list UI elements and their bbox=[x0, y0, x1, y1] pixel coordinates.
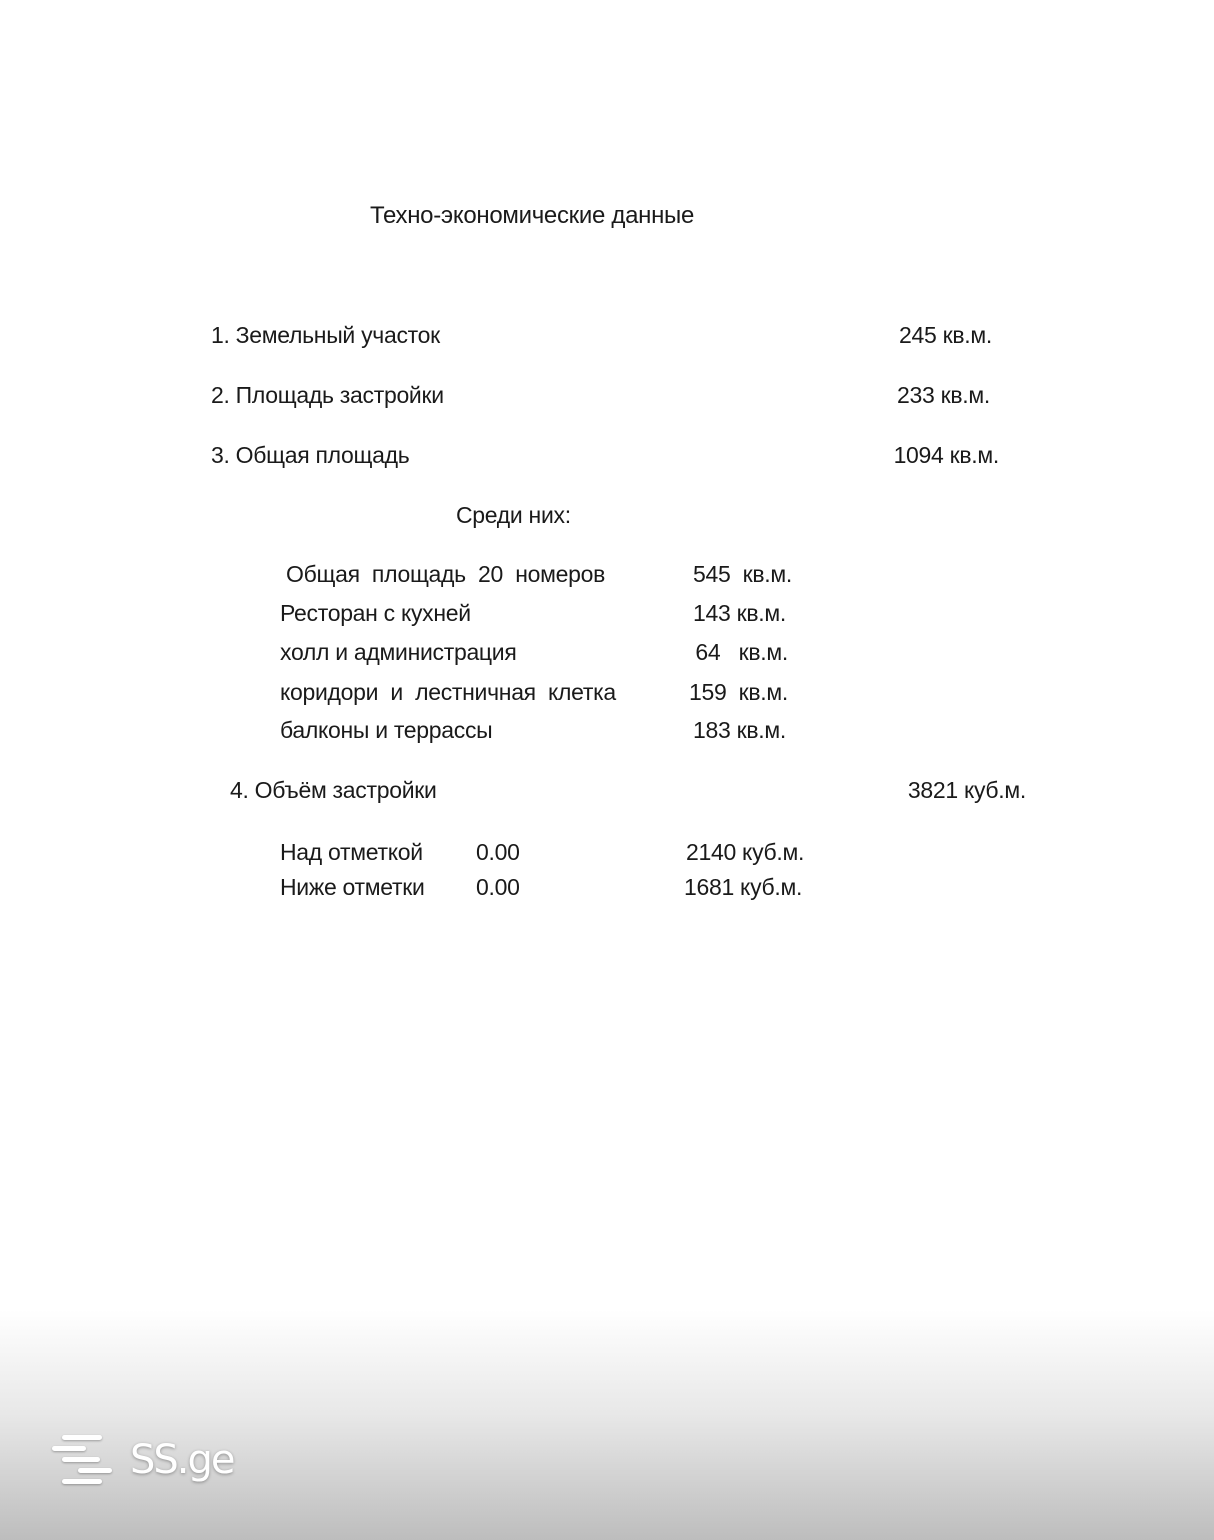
watermark-text: SS.ge bbox=[130, 1437, 234, 1483]
document-title: Техно-экономические данные bbox=[370, 202, 694, 230]
document-page: Техно-экономические данные 1. Земельный … bbox=[0, 0, 1214, 1540]
among-label: Среди них: bbox=[456, 502, 571, 529]
item-land-value: 245 кв.м. bbox=[899, 322, 992, 349]
volume-above-label: Над отметкой bbox=[280, 839, 423, 866]
volume-above-value: 2140 куб.м. bbox=[686, 839, 804, 866]
breakdown-label: Ресторан с кухней bbox=[280, 600, 471, 627]
breakdown-label: холл и администрация bbox=[280, 639, 517, 666]
breakdown-label: балконы и террассы bbox=[280, 717, 492, 744]
volume-value: 3821 куб.м. bbox=[908, 777, 1026, 804]
breakdown-value: 183 кв.м. bbox=[693, 717, 786, 744]
breakdown-label: Общая площадь 20 номеров bbox=[286, 561, 605, 588]
lines-logo-icon bbox=[52, 1435, 112, 1487]
item-built-area-value: 233 кв.м. bbox=[897, 382, 990, 409]
item-built-area-label: 2. Площадь застройки bbox=[211, 382, 444, 409]
breakdown-value: 143 кв.м. bbox=[693, 600, 786, 627]
item-total-area-label: 3. Общая площадь bbox=[211, 442, 409, 469]
watermark-logo: SS.ge bbox=[52, 1435, 252, 1487]
breakdown-value: 545 кв.м. bbox=[693, 561, 792, 588]
breakdown-value: 64 кв.м. bbox=[695, 639, 788, 666]
volume-below-value: 1681 куб.м. bbox=[684, 874, 802, 901]
volume-below-label: Ниже отметки bbox=[280, 874, 425, 901]
volume-below-mark: 0.00 bbox=[476, 874, 520, 901]
breakdown-label: коридори и лестничная клетка bbox=[280, 679, 616, 706]
item-total-area-value: 1094 кв.м. bbox=[894, 442, 999, 469]
item-land-label: 1. Земельный участок bbox=[211, 322, 440, 349]
bottom-gradient bbox=[0, 1310, 1214, 1540]
breakdown-value: 159 кв.м. bbox=[689, 679, 788, 706]
volume-above-mark: 0.00 bbox=[476, 839, 520, 866]
volume-label: 4. Объём застройки bbox=[230, 777, 437, 804]
